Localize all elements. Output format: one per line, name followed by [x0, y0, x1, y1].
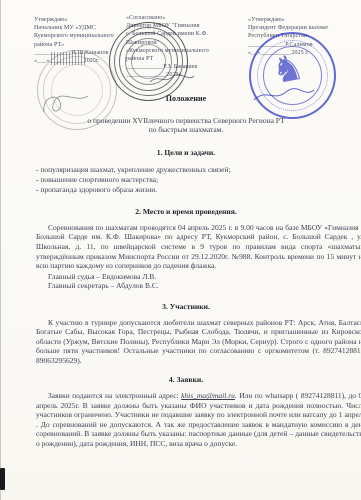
subtitle-line: по быстрым шахматам. — [36, 125, 336, 135]
approval-signature-line: ____________Р.Салимов — [248, 41, 356, 49]
applications-paragraph: Заявки подаются на электронный адрес: kh… — [36, 391, 361, 449]
approval-date-line: _____________2025г. — [126, 71, 242, 79]
scanned-document-page: Утверждаю» Начальник МУ «УДМС Кукморског… — [0, 0, 361, 500]
section-heading-venue: 2. Место и время проведения. — [36, 207, 336, 217]
goals-list: - популяризация шахмат, укрепление друже… — [36, 165, 361, 194]
document-title: Положение — [36, 94, 336, 104]
approval-block-middle: «Согласовано» Директор МБОУ "Гимназия с.… — [126, 14, 242, 80]
participants-paragraph: К участию в турнире допускаются любители… — [36, 318, 361, 366]
chief-secretary-line: Главный секретарь – Абдулов В.С. — [48, 281, 361, 291]
chief-judge-line: Главный судья – Евдокимова Л.В. — [48, 272, 361, 282]
approval-line: района РТ — [126, 55, 242, 63]
applications-intro: Заявки подаются на электронный адрес: — [48, 391, 181, 400]
section-heading-participants: 3. Участники. — [36, 302, 336, 312]
approval-line: «Утверждаю» — [248, 16, 356, 24]
approval-block-right: «Утверждаю» Президент Федерации шахмат Р… — [248, 16, 356, 57]
section-heading-goals: 1. Цели и задачи. — [36, 148, 336, 158]
email-link[interactable]: khis_ma@mail.ru — [181, 391, 235, 400]
stamp-barcode-marks — [51, 52, 85, 65]
approval-line: Республики Татарстан — [248, 32, 356, 40]
scan-edge-line — [0, 0, 1, 500]
officials-block: Главный судья – Евдокимова Л.В. Главный … — [36, 272, 361, 291]
approval-line: «Кукморского муниципального — [126, 47, 242, 55]
approval-line: Президент Федерации шахмат — [248, 24, 356, 32]
venue-paragraph: Соревнования по шахматам проводятся 04 а… — [36, 223, 361, 271]
section-heading-applications: 4. Заявки. — [36, 375, 336, 385]
goal-item: - пропаганда здорового образа жизни. — [36, 185, 361, 195]
scan-artifact-blob — [0, 468, 5, 490]
approval-line: Шакировой" — [126, 39, 242, 47]
document-body: Положение о проведении XVIIличного перве… — [36, 94, 361, 449]
goal-item: - популяризация шахмат, укрепление друже… — [36, 165, 361, 175]
approval-signature-line: ____________Р.З. Багавиев — [126, 63, 242, 71]
subtitle-line: о проведении XVIIличного первенства Севе… — [36, 116, 336, 126]
goal-item: - повышение спортивного мастерства; — [36, 175, 361, 185]
approval-date-line: «__»__________2025 г. — [248, 49, 356, 57]
document-subtitle: о проведении XVIIличного первенства Севе… — [36, 116, 336, 135]
approval-line: Директор МБОУ "Гимназия — [126, 22, 242, 30]
approval-line: с. Большой Сардек имени К.Ф. — [126, 30, 242, 38]
approval-line: «Согласовано» — [126, 14, 242, 22]
